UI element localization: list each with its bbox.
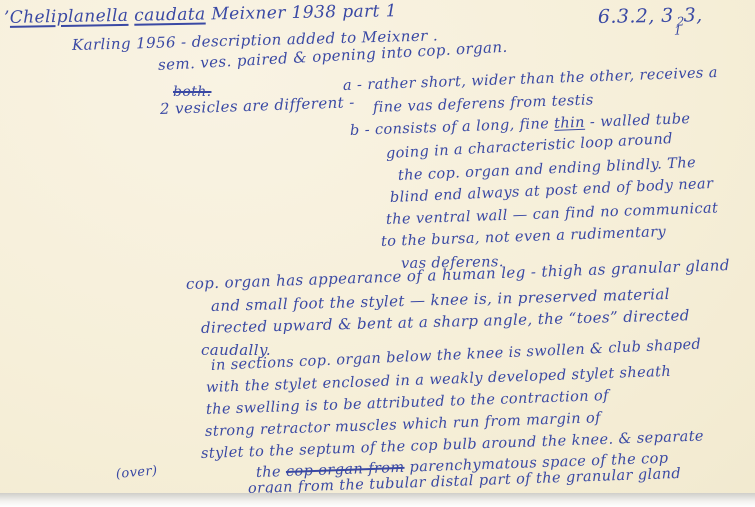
title-genus: Cheliplanella <box>10 6 129 28</box>
catalog-subscript: 1 <box>674 26 682 35</box>
scanner-background-strip <box>0 493 755 507</box>
catalog-main: 6.3.2, 3 <box>598 5 674 28</box>
catalog-fraction: 21 <box>675 18 683 35</box>
index-card: ’Cheliplanella caudata Meixner 1938 part… <box>0 0 755 493</box>
note-line-a1: a - rather short, wider than the other, … <box>343 65 718 94</box>
catalog-number: 6.3.2, 3213, <box>598 4 703 36</box>
note-line-b5: the ventral wall — can find no communica… <box>386 200 719 228</box>
title-authority: Meixner 1938 part 1 <box>211 1 397 24</box>
catalog-tail: 3, <box>683 4 702 26</box>
note-line-b1-pre: b - consists of a long, fine <box>350 116 555 139</box>
over-note: (over) <box>115 463 158 482</box>
card-title: ’Cheliplanella caudata Meixner 1938 part… <box>4 1 397 28</box>
note-line-b6: to the bursa, not even a rudimentary <box>381 224 667 250</box>
scanned-image: ’Cheliplanella caudata Meixner 1938 part… <box>0 0 755 507</box>
note-line-b1-post: - walled tube <box>585 111 691 131</box>
title-species: caudata <box>134 4 206 25</box>
note-line-e1-pre: the <box>256 464 287 481</box>
note-line-b1-underlined: thin <box>554 115 585 132</box>
note-line-a2: fine vas deferens from testis <box>373 92 594 116</box>
